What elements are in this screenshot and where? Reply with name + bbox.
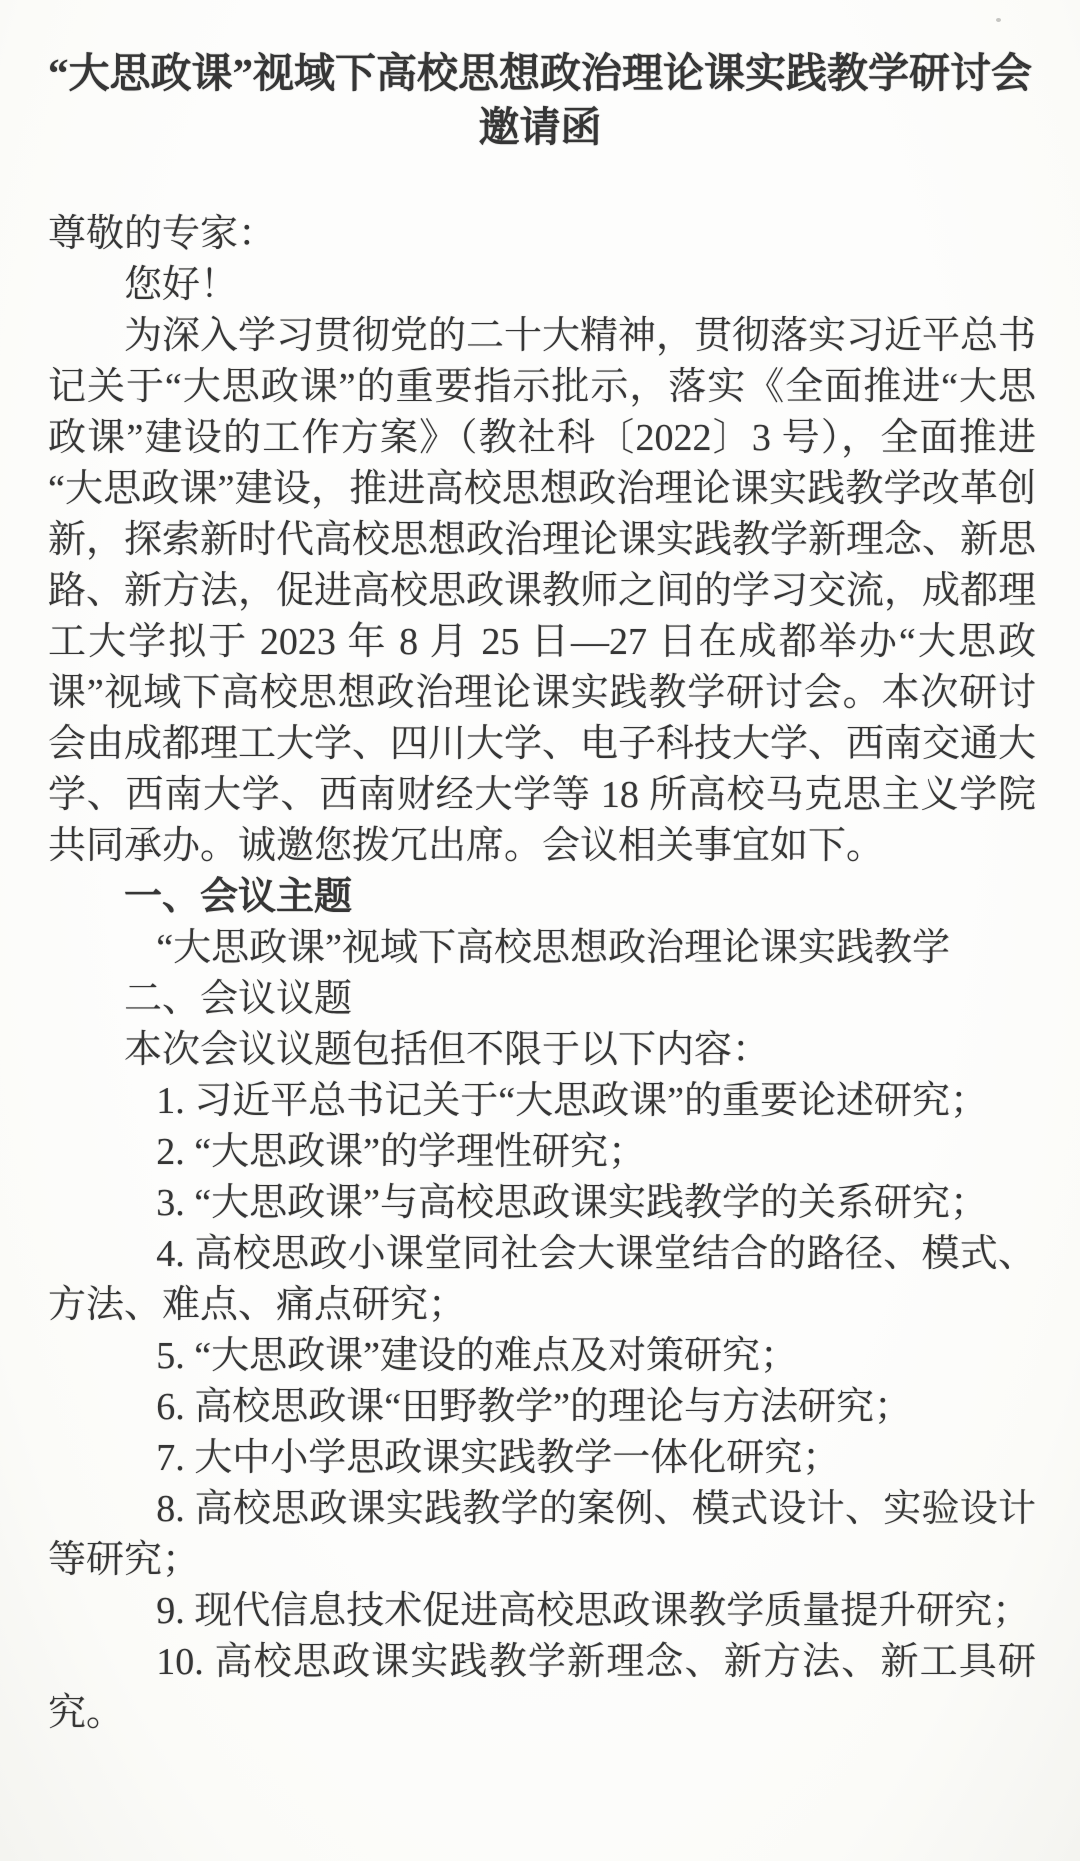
document-body: 尊敬的专家： 您好！ 为深入学习贯彻党的二十大精神，贯彻落实习近平总书记关于“大…	[0, 209, 1080, 1739]
section2-intro: 本次会议议题包括但不限于以下内容：	[48, 1025, 1036, 1076]
topic-item-7: 7. 大中小学思政课实践教学一体化研究；	[48, 1433, 1036, 1484]
paper-speck	[996, 18, 1001, 22]
topic-item-8: 8. 高校思政课实践教学的案例、模式设计、实验设计等研究；	[48, 1484, 1036, 1586]
section1-content: “大思政课”视域下高校思想政治理论课实践教学	[48, 923, 1036, 974]
section1-heading: 一、会议主题	[48, 872, 1036, 923]
document-title: “大思政课”视域下高校思想政治理论课实践教学研讨会 邀请函	[0, 0, 1080, 154]
topic-item-6: 6. 高校思政课“田野教学”的理论与方法研究；	[48, 1382, 1036, 1433]
greeting: 您好！	[48, 260, 1036, 311]
salutation: 尊敬的专家：	[48, 209, 1036, 260]
intro-paragraph: 为深入学习贯彻党的二十大精神，贯彻落实习近平总书记关于“大思政课”的重要指示批示…	[48, 311, 1036, 872]
topic-item-5: 5. “大思政课”建设的难点及对策研究；	[48, 1331, 1036, 1382]
title-line-2: 邀请函	[0, 100, 1080, 154]
topic-item-9: 9. 现代信息技术促进高校思政课教学质量提升研究；	[48, 1586, 1036, 1637]
topic-item-1: 1. 习近平总书记关于“大思政课”的重要论述研究；	[48, 1076, 1036, 1127]
section2-heading: 二、会议议题	[48, 974, 1036, 1025]
title-line-1: “大思政课”视域下高校思想政治理论课实践教学研讨会	[0, 46, 1080, 100]
document-page: “大思政课”视域下高校思想政治理论课实践教学研讨会 邀请函 尊敬的专家： 您好！…	[0, 0, 1080, 1861]
topic-item-2: 2. “大思政课”的学理性研究；	[48, 1127, 1036, 1178]
topic-item-4: 4. 高校思政小课堂同社会大课堂结合的路径、模式、方法、难点、痛点研究；	[48, 1229, 1036, 1331]
topic-item-10: 10. 高校思政课实践教学新理念、新方法、新工具研究。	[48, 1637, 1036, 1739]
topic-item-3: 3. “大思政课”与高校思政课实践教学的关系研究；	[48, 1178, 1036, 1229]
